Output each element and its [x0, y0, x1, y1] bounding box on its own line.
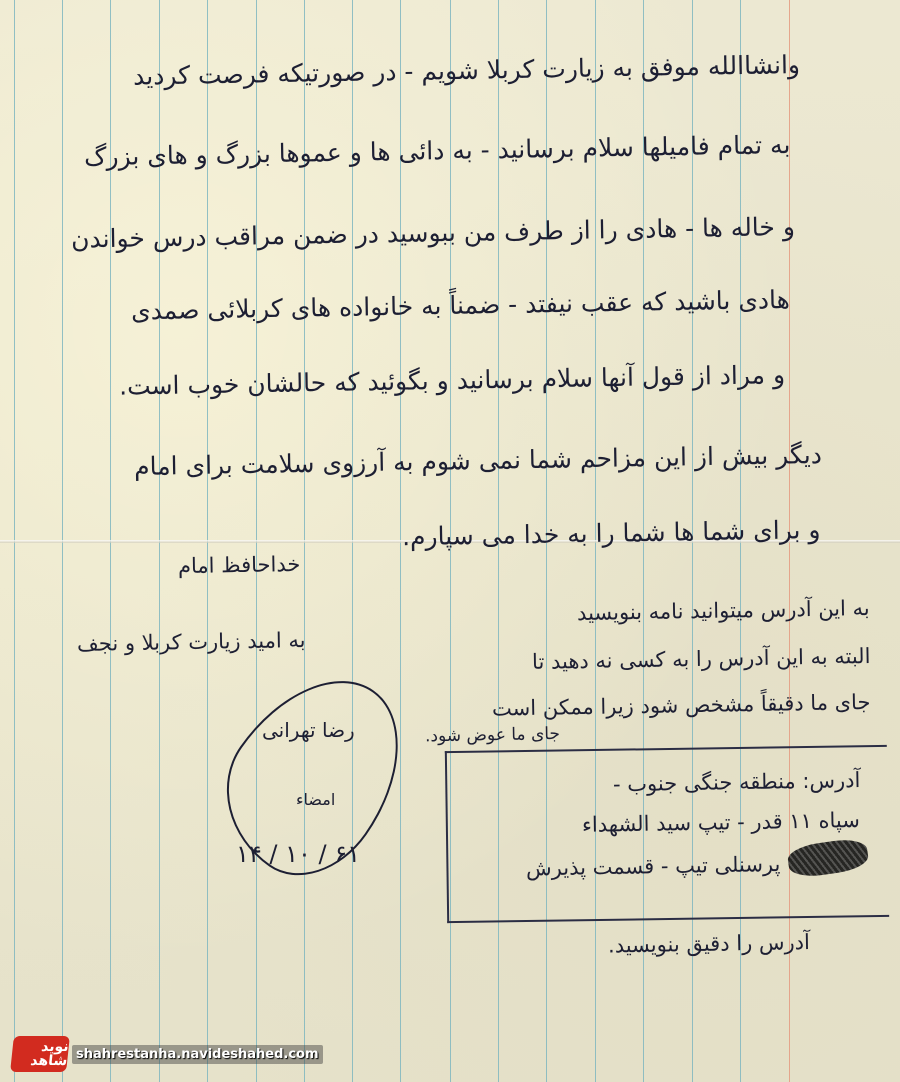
- closing-wish: به امید زیارت کربلا و نجف: [76, 628, 305, 656]
- signature-name: رضا تهرانی: [262, 718, 355, 742]
- navideshahed-logo: نوید شاهد: [10, 1036, 70, 1072]
- letter-line-3: و خاله ها - هادی را از طرف من ببوسید در …: [71, 212, 795, 254]
- address-line-3: پرسنلی تیپ - قسمت پذیرش: [525, 852, 780, 880]
- address-note-line-1: به این آدرس میتوانید نامه بنویسید: [577, 596, 870, 625]
- letter-line-6: دیگر بیش از این مزاحم شما نمی شوم به آرز…: [134, 440, 822, 481]
- closing-farewell: خداحافظ امام: [177, 552, 300, 578]
- address-line-2: سپاه ۱۱ قدر - تیپ سید الشهداء: [582, 808, 860, 837]
- address-note-line-4: جای ما عوض شود.: [425, 724, 560, 746]
- watermark: نوید شاهد shahrestanha.navideshahed.com: [12, 1036, 323, 1072]
- address-note-line-3: جای ما دقیقاً مشخص شود زیرا ممکن است: [491, 690, 870, 721]
- address-footer: آدرس را دقیق بنویسید.: [608, 930, 810, 958]
- signature-date: ۱۴ / ۱۰ / ۶۱: [236, 840, 360, 868]
- address-note-line-2: البته به این آدرس را به کسی نه دهید تا: [531, 644, 870, 674]
- letter-line-7: و برای شما ها شما را به خدا می سپارم.: [401, 515, 820, 551]
- address-line-1: آدرس: منطقه جنگی جنوب -: [612, 768, 860, 796]
- letter-paper: وانشاالله موفق به زیارت کربلا شویم - در …: [0, 0, 900, 1082]
- signature-note: امضاء: [296, 790, 335, 809]
- letter-line-5: و مراد از قول آنها سلام برسانید و بگوئید…: [119, 360, 785, 401]
- letter-line-2: به تمام فامیلها سلام برسانید - به دائی ه…: [83, 130, 790, 171]
- letter-line-1: وانشاالله موفق به زیارت کربلا شویم - در …: [133, 50, 800, 91]
- watermark-url[interactable]: shahrestanha.navideshahed.com: [72, 1045, 323, 1064]
